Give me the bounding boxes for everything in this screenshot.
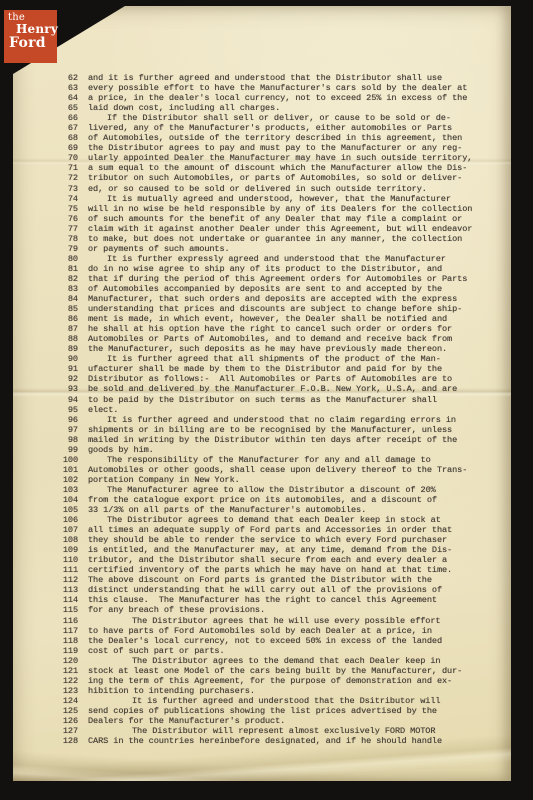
- document-lines: 62and it is further agreed and understoo…: [13, 73, 507, 746]
- document-line: 63every possible effort to have the Manu…: [13, 83, 507, 93]
- document-line: 99goods by him.: [13, 445, 507, 455]
- line-number: 96: [13, 415, 78, 425]
- document-line: 64a price, in the dealer's local currenc…: [13, 93, 507, 103]
- line-text: for any breach of these provisions.: [88, 605, 265, 615]
- line-text: hibition to intending purchasers.: [88, 686, 255, 696]
- line-number: 80: [13, 254, 78, 264]
- line-number: 124: [13, 696, 78, 706]
- line-number: 64: [13, 93, 78, 103]
- line-number: 122: [13, 676, 78, 686]
- line-text: be sold and delivered by the Manufacture…: [88, 384, 457, 394]
- document-line: 80It is further expressly agreed and und…: [13, 254, 507, 264]
- line-text: is entitled, and the Manufacturer may, a…: [88, 545, 452, 555]
- document-line: 93be sold and delivered by the Manufactu…: [13, 384, 507, 394]
- line-number: 118: [13, 636, 78, 646]
- line-text: ularly appointed Dealer the Manufacturer…: [88, 153, 472, 163]
- line-number: 76: [13, 214, 78, 224]
- document-line: 10533 1/3% on all parts of the Manufactu…: [13, 505, 507, 515]
- line-number: 119: [13, 646, 78, 656]
- line-text: 33 1/3% on all parts of the Manufacturer…: [88, 505, 366, 515]
- line-number: 112: [13, 575, 78, 585]
- line-number: 87: [13, 324, 78, 334]
- document-line: 128CARS in the countries hereinbefore de…: [13, 736, 507, 746]
- line-text: every possible effort to have the Manufa…: [88, 83, 467, 93]
- line-text: that if during the period of this Agreem…: [88, 274, 467, 284]
- line-text: The responsibility of the Manufacturer f…: [88, 455, 431, 465]
- document-line: 96It is further agreed and understood th…: [13, 415, 507, 425]
- line-number: 103: [13, 485, 78, 495]
- line-number: 85: [13, 304, 78, 314]
- document-line: 78to make, but does not undertake or gua…: [13, 234, 507, 244]
- line-text: stock at least one Model of the cars bei…: [88, 666, 462, 676]
- line-text: The Distributor will represent almost ex…: [88, 726, 435, 736]
- document-line: 100The responsibility of the Manufacture…: [13, 455, 507, 465]
- line-number: 120: [13, 656, 78, 666]
- line-text: this clause. The Manufacturer has the ri…: [88, 595, 437, 605]
- line-text: from the catalogue export price on its a…: [88, 495, 437, 505]
- document-line: 125send copies of publications showing t…: [13, 706, 507, 716]
- line-number: 82: [13, 274, 78, 284]
- document-line: 67livered, any of the Manufacturer's pro…: [13, 123, 507, 133]
- document-line: 122ing the term of this Agreement, for t…: [13, 676, 507, 686]
- line-text: It is further expressly agreed and under…: [88, 254, 446, 264]
- line-text: of such amounts for the benefit of any D…: [88, 214, 462, 224]
- document-line: 81do in no wise agree to ship any of its…: [13, 264, 507, 274]
- document-line: 86ment is made, in which event, however,…: [13, 314, 507, 324]
- line-text: do in no wise agree to ship any of its p…: [88, 264, 442, 274]
- document-line: 113distinct understanding that he will c…: [13, 585, 507, 595]
- line-number: 71: [13, 163, 78, 173]
- line-number: 72: [13, 173, 78, 183]
- line-text: The Distributor agrees that he will use …: [88, 616, 440, 626]
- document-line: 121stock at least one Model of the cars …: [13, 666, 507, 676]
- line-number: 63: [13, 83, 78, 93]
- line-text: cost of such part or parts.: [88, 646, 225, 656]
- line-number: 104: [13, 495, 78, 505]
- line-text: of Automobiles accompanied by deposits a…: [88, 284, 442, 294]
- line-number: 77: [13, 224, 78, 234]
- document-line: 70ularly appointed Dealer the Manufactur…: [13, 153, 507, 163]
- line-number: 127: [13, 726, 78, 736]
- document-line: 73ed, or so caused to be sold or deliver…: [13, 184, 507, 194]
- document-line: 79or payments of such amounts.: [13, 244, 507, 254]
- document-line: 76of such amounts for the benefit of any…: [13, 214, 507, 224]
- line-text: distinct understanding that he will carr…: [88, 585, 442, 595]
- logo-word-henry: Henry: [16, 22, 58, 36]
- line-number: 123: [13, 686, 78, 696]
- line-number: 94: [13, 395, 78, 405]
- document-line: 114this clause. The Manufacturer has the…: [13, 595, 507, 605]
- line-text: they should be able to render the servic…: [88, 535, 447, 545]
- document-line: 89the Manufacturer, such deposits as he …: [13, 344, 507, 354]
- line-number: 114: [13, 595, 78, 605]
- line-number: 102: [13, 475, 78, 485]
- document-line: 92Distributor as follows:- All Automobil…: [13, 374, 507, 384]
- line-number: 88: [13, 334, 78, 344]
- document-line: 77claim with it against another Dealer u…: [13, 224, 507, 234]
- line-number: 105: [13, 505, 78, 515]
- document-line: 101Automobiles or other goods, shall cea…: [13, 465, 507, 475]
- document-line: 84Manufacturer, that such orders and dep…: [13, 294, 507, 304]
- scan-frame: 62and it is further agreed and understoo…: [0, 0, 533, 800]
- line-text: ment is made, in which event, however, t…: [88, 314, 447, 324]
- line-text: It is further agreed that all shipments …: [88, 354, 441, 364]
- document-line: 123hibition to intending purchasers.: [13, 686, 507, 696]
- line-text: to have parts of Ford Automobiles sold b…: [88, 626, 432, 636]
- document-line: 127The Distributor will represent almost…: [13, 726, 507, 736]
- document-line: 72tributor on such Automobiles, or parts…: [13, 173, 507, 183]
- line-number: 79: [13, 244, 78, 254]
- line-text: tributor on such Automobiles, or parts o…: [88, 173, 462, 183]
- document-line: 98mailed in writing by the Distributor w…: [13, 435, 507, 445]
- line-number: 116: [13, 616, 78, 626]
- document-line: 117to have parts of Ford Automobiles sol…: [13, 626, 507, 636]
- document-line: 87he shall at his option have the right …: [13, 324, 507, 334]
- document-line: 90It is further agreed that all shipment…: [13, 354, 507, 364]
- line-number: 98: [13, 435, 78, 445]
- document-line: 126Dealers for the Manufacturer's produc…: [13, 716, 507, 726]
- line-text: certified inventory of the parts which h…: [88, 565, 452, 575]
- line-number: 97: [13, 425, 78, 435]
- line-number: 62: [13, 73, 78, 83]
- document-line: 65laid down cost, including all charges.: [13, 103, 507, 113]
- document-line: 74It is mutually agreed and understood, …: [13, 194, 507, 204]
- line-text: The above discount on Ford parts is gran…: [88, 575, 432, 585]
- document-line: 82that if during the period of this Agre…: [13, 274, 507, 284]
- line-number: 125: [13, 706, 78, 716]
- line-text: tributor, and the Distributor shall secu…: [88, 555, 447, 565]
- line-text: of Automobiles, outside of the territory…: [88, 133, 462, 143]
- line-text: It is further agreed and understood that…: [88, 415, 456, 425]
- document-line: 66If the Distributor shall sell or deliv…: [13, 113, 507, 123]
- logo-word-ford: Ford: [9, 35, 46, 51]
- document-line: 115for any breach of these provisions.: [13, 605, 507, 615]
- document-line: 106The Distributor agrees to demand that…: [13, 515, 507, 525]
- document-line: 119cost of such part or parts.: [13, 646, 507, 656]
- line-number: 117: [13, 626, 78, 636]
- line-number: 113: [13, 585, 78, 595]
- line-number: 75: [13, 204, 78, 214]
- document-line: 124It is further agreed and understood t…: [13, 696, 507, 706]
- line-text: Automobiles or other goods, shall cease …: [88, 465, 467, 475]
- line-number: 101: [13, 465, 78, 475]
- line-text: Distributor as follows:- All Automobiles…: [88, 374, 452, 384]
- line-number: 121: [13, 666, 78, 676]
- line-number: 91: [13, 364, 78, 374]
- line-number: 70: [13, 153, 78, 163]
- document-line: 91ufacturer shall be made by them to the…: [13, 364, 507, 374]
- line-number: 86: [13, 314, 78, 324]
- line-number: 100: [13, 455, 78, 465]
- line-text: portation Company in New York.: [88, 475, 240, 485]
- line-text: Automobiles or Parts of Automobiles, and…: [88, 334, 452, 344]
- line-text: send copies of publications showing the …: [88, 706, 437, 716]
- line-text: ing the term of this Agreement, for the …: [88, 676, 452, 686]
- document-paper: 62and it is further agreed and understoo…: [13, 6, 511, 781]
- line-number: 115: [13, 605, 78, 615]
- line-text: goods by him.: [88, 445, 154, 455]
- line-number: 99: [13, 445, 78, 455]
- line-text: CARS in the countries hereinbefore desig…: [88, 736, 442, 746]
- document-line: 118the Dealer's local currency, not to e…: [13, 636, 507, 646]
- document-line: 68of Automobiles, outside of the territo…: [13, 133, 507, 143]
- line-text: a price, in the dealer's local currency,…: [88, 93, 467, 103]
- line-number: 66: [13, 113, 78, 123]
- line-text: to be paid by the Distributor on such te…: [88, 395, 437, 405]
- line-text: The Distributor agrees to the demand tha…: [88, 656, 440, 666]
- line-number: 78: [13, 234, 78, 244]
- document-line: 69the Distributor agrees to pay and must…: [13, 143, 507, 153]
- line-text: the Manufacturer, such deposits as he ma…: [88, 344, 447, 354]
- line-number: 67: [13, 123, 78, 133]
- line-text: Manufacturer, that such orders and depos…: [88, 294, 457, 304]
- line-text: and it is further agreed and understood …: [88, 73, 442, 83]
- line-number: 84: [13, 294, 78, 304]
- line-number: 90: [13, 354, 78, 364]
- line-text: or payments of such amounts.: [88, 244, 230, 254]
- document-line: 62and it is further agreed and understoo…: [13, 73, 507, 83]
- document-line: 102portation Company in New York.: [13, 475, 507, 485]
- line-number: 69: [13, 143, 78, 153]
- line-text: the Distributor agrees to pay and must p…: [88, 143, 462, 153]
- line-number: 83: [13, 284, 78, 294]
- line-text: mailed in writing by the Distributor wit…: [88, 435, 457, 445]
- document-line: 108they should be able to render the ser…: [13, 535, 507, 545]
- document-line: 94to be paid by the Distributor on such …: [13, 395, 507, 405]
- line-number: 93: [13, 384, 78, 394]
- line-number: 128: [13, 736, 78, 746]
- line-text: claim with it against another Dealer und…: [88, 224, 472, 234]
- line-text: understanding that prices and discounts …: [88, 304, 462, 314]
- document-line: 110tributor, and the Distributor shall s…: [13, 555, 507, 565]
- line-number: 81: [13, 264, 78, 274]
- document-line: 95elect.: [13, 405, 507, 415]
- document-line: 83of Automobiles accompanied by deposits…: [13, 284, 507, 294]
- document-line: 88Automobiles or Parts of Automobiles, a…: [13, 334, 507, 344]
- document-line: 85understanding that prices and discount…: [13, 304, 507, 314]
- line-text: If the Distributor shall sell or deliver…: [88, 113, 451, 123]
- line-text: all times an adequate supply of Ford par…: [88, 525, 452, 535]
- henry-ford-logo: the Henry Ford: [4, 10, 57, 63]
- line-number: 73: [13, 184, 78, 194]
- line-text: the Dealer's local currency, not to exce…: [88, 636, 442, 646]
- document-line: 109is entitled, and the Manufacturer may…: [13, 545, 507, 555]
- document-line: 116The Distributor agrees that he will u…: [13, 616, 507, 626]
- line-number: 111: [13, 565, 78, 575]
- line-text: livered, any of the Manufacturer's produ…: [88, 123, 452, 133]
- line-text: will in no wise be held responsible by a…: [88, 204, 472, 214]
- document-line: 71a sum equal to the amount of discount …: [13, 163, 507, 173]
- line-number: 95: [13, 405, 78, 415]
- line-number: 106: [13, 515, 78, 525]
- line-text: to make, but does not undertake or guara…: [88, 234, 462, 244]
- line-number: 107: [13, 525, 78, 535]
- line-number: 92: [13, 374, 78, 384]
- line-text: laid down cost, including all charges.: [88, 103, 280, 113]
- line-text: ufacturer shall be made by them to the D…: [88, 364, 442, 374]
- line-number: 74: [13, 194, 78, 204]
- line-number: 110: [13, 555, 78, 565]
- line-number: 68: [13, 133, 78, 143]
- line-text: It is further agreed and understood that…: [88, 696, 440, 706]
- document-line: 97shipments or in billing are to be reco…: [13, 425, 507, 435]
- line-text: The Distributor agrees to demand that ea…: [88, 515, 441, 525]
- line-text: Dealers for the Manufacturer's product.: [88, 716, 285, 726]
- document-line: 104from the catalogue export price on it…: [13, 495, 507, 505]
- document-line: 107all times an adequate supply of Ford …: [13, 525, 507, 535]
- document-line: 111certified inventory of the parts whic…: [13, 565, 507, 575]
- line-text: shipments or in billing are to be recogn…: [88, 425, 452, 435]
- line-text: a sum equal to the amount of discount wh…: [88, 163, 467, 173]
- line-number: 108: [13, 535, 78, 545]
- document-line: 120The Distributor agrees to the demand …: [13, 656, 507, 666]
- line-number: 109: [13, 545, 78, 555]
- line-text: It is mutually agreed and understood, ho…: [88, 194, 451, 204]
- document-line: 112The above discount on Ford parts is g…: [13, 575, 507, 585]
- line-number: 65: [13, 103, 78, 113]
- line-number: 126: [13, 716, 78, 726]
- document-line: 75will in no wise be held responsible by…: [13, 204, 507, 214]
- document-line: 103The Manufacturer agree to allow the D…: [13, 485, 507, 495]
- line-number: 89: [13, 344, 78, 354]
- line-text: he shall at his option have the right to…: [88, 324, 452, 334]
- line-text: ed, or so caused to be sold or delivered…: [88, 184, 427, 194]
- line-text: The Manufacturer agree to allow the Dist…: [88, 485, 436, 495]
- line-text: elect.: [88, 405, 118, 415]
